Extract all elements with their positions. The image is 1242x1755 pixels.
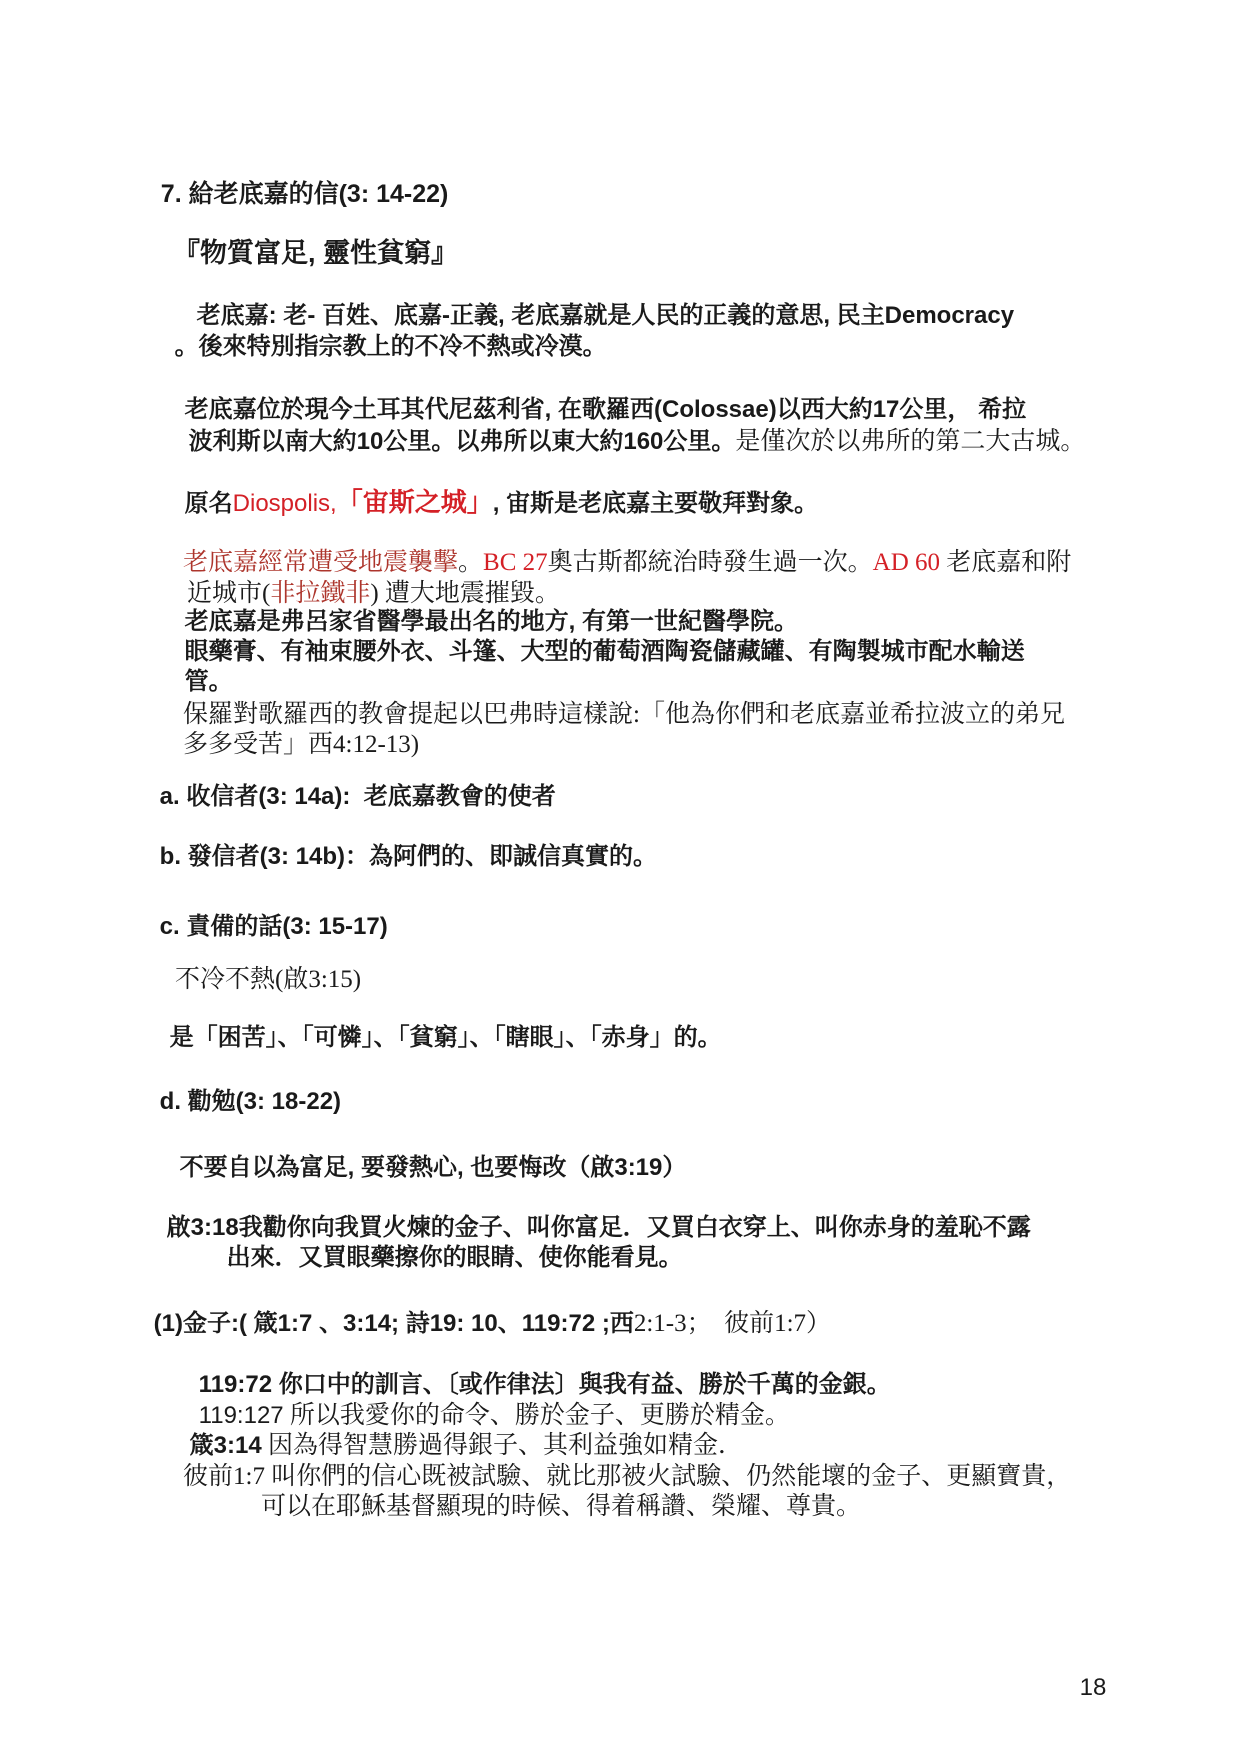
- diospolis-red-text: Diospolis,: [233, 490, 337, 517]
- products-line1-text: 眼藥膏、有袖束腰外衣、斗篷、大型的葡萄酒陶瓷儲藏罐、有陶製城市配水輸送: [185, 638, 1025, 665]
- section-d-text: d. 勸勉(3: 18-22): [160, 1088, 341, 1115]
- gold-refs-serif: 2:1-3； 彼前1:7）: [634, 1310, 831, 1337]
- original-name-suffix: , 宙斯是老底嘉主要敬拜對象。: [493, 490, 818, 517]
- earthquake-seg6: 老底嘉和附: [940, 549, 1071, 576]
- page-number: 18: [1053, 1643, 1106, 1733]
- section-b-text: b. 發信者(3: 14b)：為阿們的、即誠信真實的。: [160, 843, 657, 870]
- section-a-text: a. 收信者(3: 14a): 老底嘉教會的使者: [160, 783, 556, 810]
- name-meaning-line2-text: 。後來特別指宗教上的不冷不熱或冷漠。: [175, 333, 607, 360]
- gold-refs-bold: (1)金子:( 箴1:7 、3:14; 詩19: 10、119:72 ;西: [154, 1310, 634, 1337]
- lukewarm-text: 不冷不熱(啟3:15): [175, 966, 361, 993]
- page-number-text: 18: [1080, 1674, 1107, 1701]
- verse-1pet1-7-line2: 可以在耶穌基督顯現的時候、得着稱讚、榮耀、尊貴。: [236, 1460, 861, 1554]
- subtitle-text: 『物質富足, 靈性貧窮』: [173, 238, 458, 268]
- rev318-line2-text: 出來．又買眼藥擦你的眼睛、使你能看見。: [227, 1244, 683, 1271]
- document-page: 7. 給老底嘉的信(3: 14-22) 『物質富足, 靈性貧窮』 老底嘉: 老-…: [0, 0, 1242, 1755]
- misery-text: 是「困苦」、「可憐」、「貧窮」、「瞎眼」、「赤身」的。: [170, 1024, 722, 1051]
- zeus-city-red-text: 「宙斯之城」: [337, 487, 493, 517]
- exhortation-text: 不要自以為富足, 要發熱心, 也要悔改（啟3:19）: [180, 1154, 687, 1181]
- location-line2-bold: 波利斯以南大約10公里。以弗所以東大約160公里。: [189, 428, 736, 455]
- original-name-prefix: 原名: [185, 490, 233, 517]
- location-line2-serif: 是僅次於以弗所的第二大古城。: [735, 428, 1085, 455]
- earthquake-seg4: 奧古斯都統治時發生過一次。: [548, 549, 873, 576]
- ad60-red-text: AD 60: [873, 549, 940, 576]
- verse-1pet1-7-line2-text: 可以在耶穌基督顯現的時候、得着稱讚、榮耀、尊貴。: [261, 1493, 861, 1520]
